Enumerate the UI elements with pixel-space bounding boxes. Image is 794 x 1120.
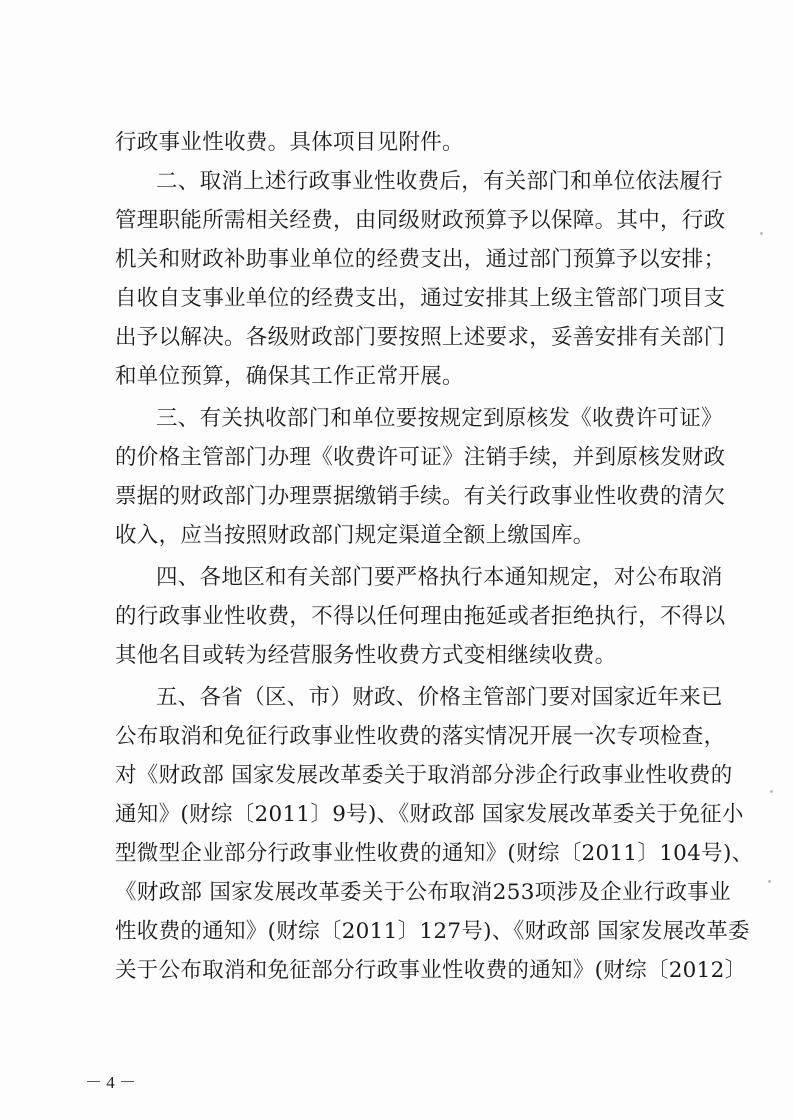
text-line-10: 票据的财政部门办理票据缴销手续。有关行政事业性收费的清欠 (115, 484, 695, 510)
text-line-22: 关于公布取消和免征部分行政事业性收费的通知》(财综〔2012〕 (115, 958, 695, 984)
text-line-19: 型微型企业部分行政事业性收费的通知》(财综〔2011〕104号)、 (115, 841, 695, 867)
text-line-15: 五、各省（区、市）财政、价格主管部门要对国家近年来已 (156, 685, 696, 711)
text-line-17: 对《财政部 国家发展改革委关于取消部分涉企行政事业性收费的 (115, 763, 695, 789)
text-line-8: 三、有关执收部门和单位要按规定到原核发《收费许可证》 (156, 406, 696, 432)
text-line-4: 机关和财政补助事业单位的经费支出，通过部门预算予以安排； (115, 247, 695, 273)
page-number: － 4 － (85, 1068, 136, 1093)
text-line-20: 《财政部 国家发展改革委关于公布取消253项涉及企业行政事业 (115, 880, 695, 906)
text-line-16: 公布取消和免征行政事业性收费的落实情况开展一次专项检查， (115, 724, 695, 750)
text-line-11: 收入，应当按照财政部门规定渠道全额上缴国库。 (115, 523, 695, 549)
text-line-1: 行政事业性收费。具体项目见附件。 (115, 130, 695, 156)
text-line-13: 的行政事业性收费，不得以任何理由拖延或者拒绝执行，不得以 (115, 604, 695, 630)
scan-speck (760, 232, 763, 235)
document-page: 行政事业性收费。具体项目见附件。 二、取消上述行政事业性收费后，有关部门和单位依… (0, 0, 794, 1120)
text-line-18: 通知》(财综〔2011〕9号)、《财政部 国家发展改革委关于免征小 (115, 802, 695, 828)
text-line-21: 性收费的通知》(财综〔2011〕127号)、《财政部 国家发展改革委 (115, 919, 695, 945)
text-line-5: 自收自支事业单位的经费支出，通过安排其上级主管部门项目支 (115, 286, 695, 312)
scan-speck (770, 790, 773, 793)
text-line-2: 二、取消上述行政事业性收费后，有关部门和单位依法履行 (156, 169, 696, 195)
text-line-12: 四、各地区和有关部门要严格执行本通知规定，对公布取消 (156, 565, 696, 591)
text-line-14: 其他名目或转为经营服务性收费方式变相继续收费。 (115, 643, 695, 669)
scan-speck (768, 880, 771, 883)
text-line-9: 的价格主管部门办理《收费许可证》注销手续，并到原核发财政 (115, 445, 695, 471)
text-line-6: 出予以解决。各级财政部门要按照上述要求，妥善安排有关部门 (115, 325, 695, 351)
text-line-7: 和单位预算，确保其工作正常开展。 (115, 364, 695, 390)
text-line-3: 管理职能所需相关经费，由同级财政预算予以保障。其中，行政 (115, 208, 695, 234)
